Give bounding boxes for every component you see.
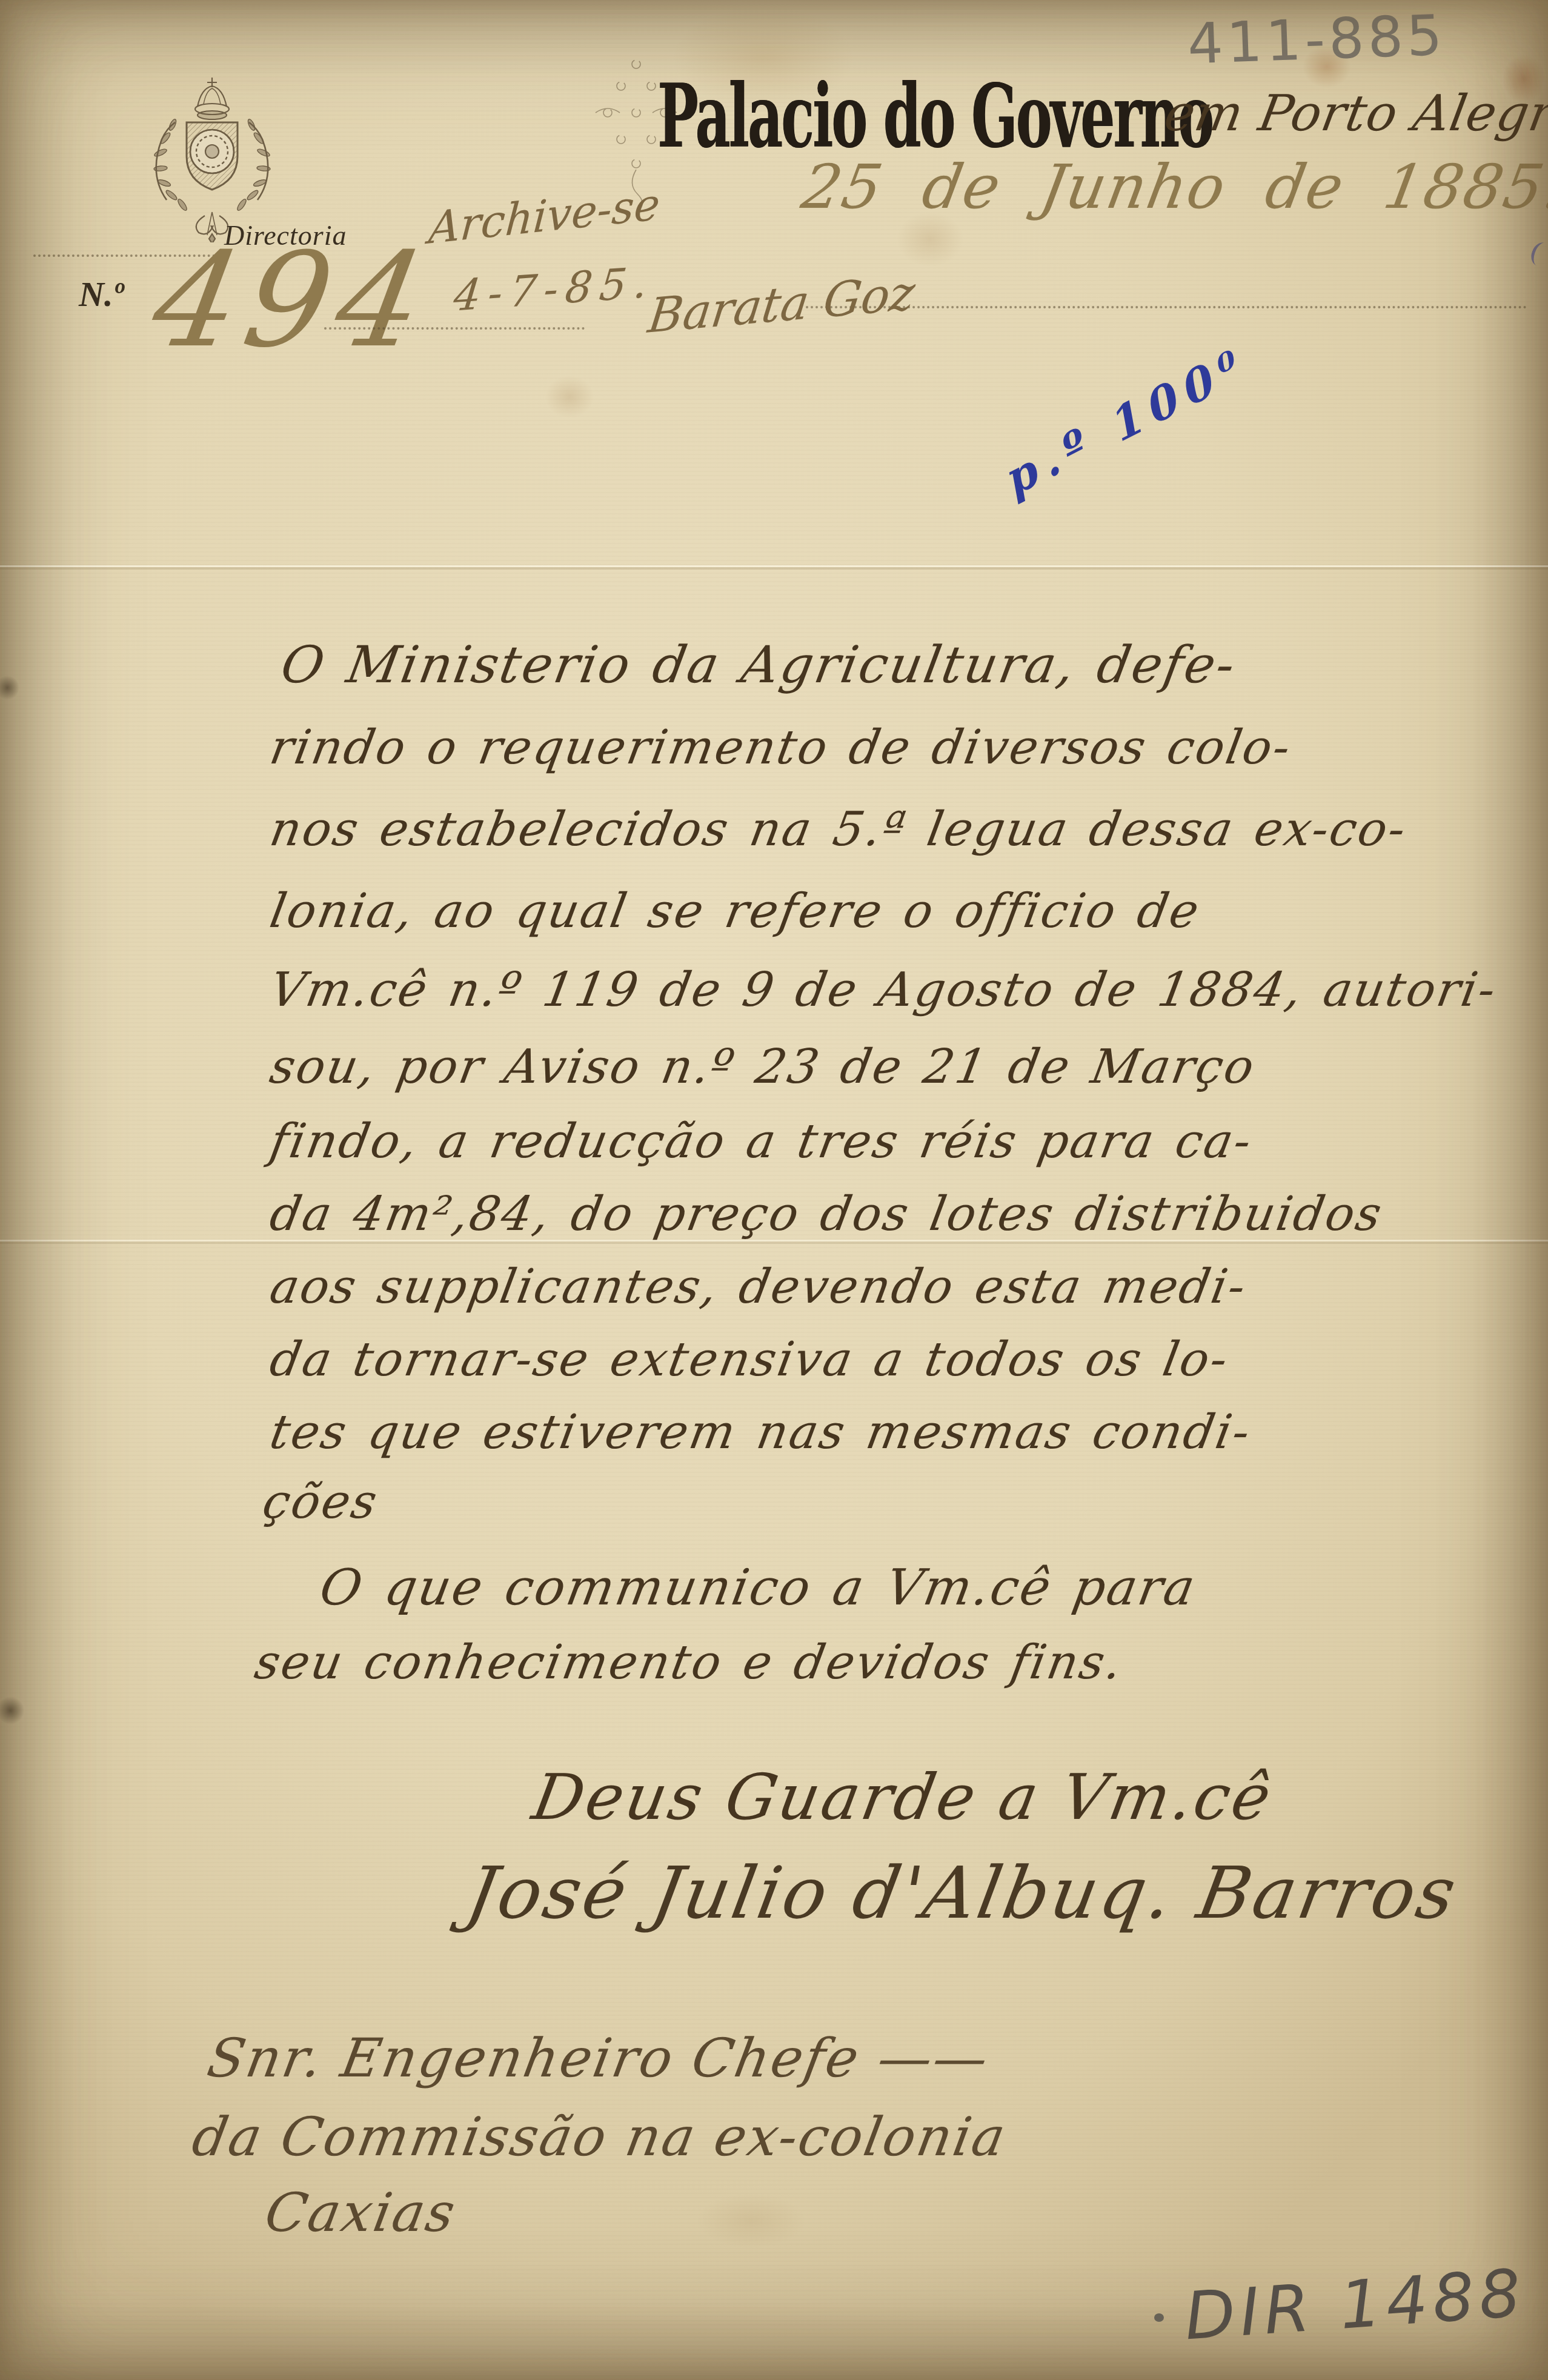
body-line: O que communico a Vm.cê para (316, 1563, 1200, 1613)
body-line: rindo o requerimento de diversos colo- (267, 724, 1295, 771)
body-line: aos supplicantes, devendo esta medi- (267, 1263, 1251, 1311)
body-line: tes que estiverem nas mesmas condi- (267, 1409, 1255, 1456)
imperial-coat-of-arms-icon (124, 73, 300, 242)
paper-speck (0, 1697, 24, 1724)
body-line: da 4m²,84, do preço dos lotes distribuid… (267, 1191, 1386, 1238)
body-line: da tornar-se extensiva a todos os lo- (267, 1336, 1233, 1383)
letterhead-date: 25 de Junho de 1885. (797, 151, 1548, 222)
paper-speck (0, 676, 19, 700)
body-line: seu conhecimento e devidos fins. (251, 1639, 1127, 1686)
letterhead-place: em Porto Alegre, (1160, 85, 1548, 142)
body-line: sou, por Aviso n.º 23 de 21 de Março (267, 1043, 1259, 1091)
addressee-line: Caxias (261, 2181, 461, 2244)
body-line: nos estabelecidos na 5.ª legua dessa ex-… (267, 806, 1410, 853)
body-line: O Ministerio da Agricultura, defe- (277, 639, 1240, 690)
addressee-line: Snr. Engenheiro Chefe —— (203, 2027, 994, 2089)
dispatch-line-2: 4-7-85. (451, 257, 657, 321)
sender-signature: José Julio d'Albuq. Barros (460, 1851, 1464, 1935)
date-rule (806, 306, 1527, 308)
body-line: ções (259, 1478, 382, 1526)
paper-stain (697, 2193, 806, 2248)
body-line: findo, a reducção a tres réis para ca- (267, 1118, 1257, 1165)
addressee-line: da Commissão na ex-colonia (188, 2106, 1012, 2168)
catalog-code-pencil: DIR 1488 (1182, 2256, 1528, 2355)
paper-stain (545, 376, 594, 418)
number-value: 494 (142, 224, 443, 376)
dispatch-signature: Barata Goz (645, 265, 918, 344)
pencil-dot (1154, 2313, 1164, 2322)
blue-ink-note: p.º 100⁰ (999, 337, 1255, 507)
archival-number-pencil: 411-885 (1186, 3, 1447, 77)
blue-stray-mark (1528, 240, 1548, 269)
valediction: Deus Guarde a Vm.cê (527, 1760, 1278, 1834)
number-rule (324, 327, 585, 330)
body-line: lonia, ao qual se refere o officio de (267, 888, 1204, 935)
number-label: N.º (79, 274, 124, 314)
document-page: 411-885 Palacio do Governo em Porto Aleg… (0, 0, 1548, 2380)
dispatch-line-1: Archive-se (427, 178, 662, 254)
body-line: Vm.cê n.º 119 de 9 de Agosto de 1884, au… (267, 966, 1501, 1014)
fold-crease-top (0, 565, 1548, 570)
